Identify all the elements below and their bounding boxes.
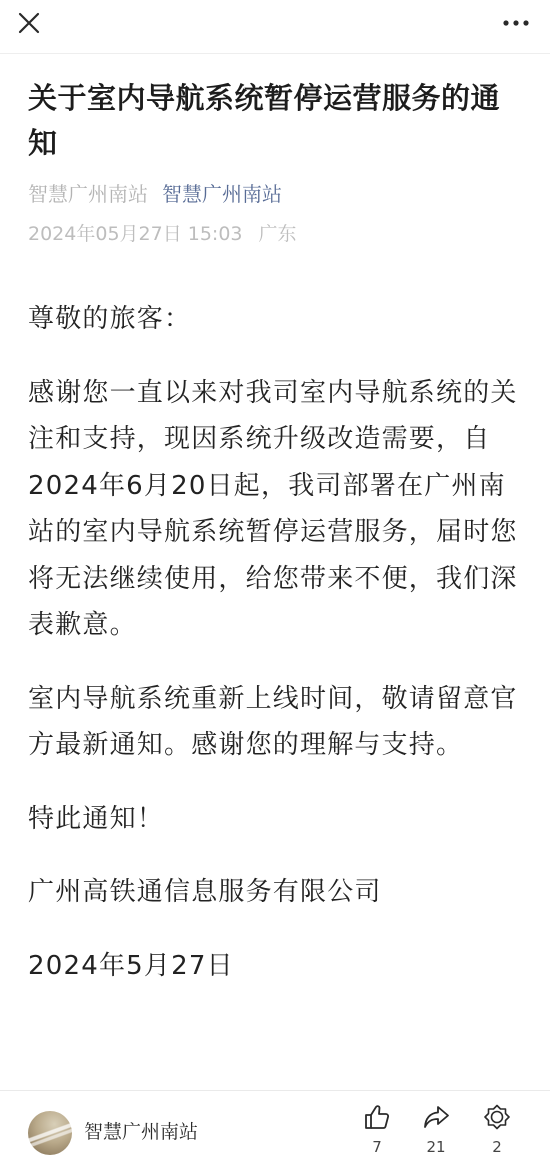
article-page: 关于室内导航系统暂停运营服务的通知 智慧广州南站智慧广州南站 2024年05月2… xyxy=(0,0,550,1170)
account-link[interactable]: 智慧广州南站 xyxy=(162,182,282,206)
paragraph-main: 感谢您一直以来对我司室内导航系统的关注和支持，现因系统升级改造需要，自2024年… xyxy=(28,370,528,649)
thumbs-up-icon xyxy=(363,1103,391,1131)
footer-account-name[interactable]: 智慧广州南站 xyxy=(84,1119,198,1145)
signature-company: 广州高铁通信息服务有限公司 xyxy=(28,869,528,916)
close-button[interactable] xyxy=(12,6,46,40)
more-options-button[interactable] xyxy=(496,8,536,38)
like-button[interactable]: 7 xyxy=(357,1103,397,1163)
article-body: 尊敬的旅客： 感谢您一直以来对我司室内导航系统的关注和支持，现因系统升级改造需要… xyxy=(28,296,528,1016)
like-count: 7 xyxy=(372,1137,382,1157)
close-icon xyxy=(18,12,40,34)
publish-location: 广东 xyxy=(259,223,297,245)
more-horizontal-icon xyxy=(503,19,529,27)
share-count: 21 xyxy=(426,1137,445,1157)
bottom-bar: 智慧广州南站 7 21 2 xyxy=(0,1090,550,1170)
article-meta: 智慧广州南站智慧广州南站 xyxy=(28,180,282,208)
wow-button[interactable]: 2 xyxy=(477,1103,517,1163)
top-bar xyxy=(0,0,550,54)
share-button[interactable]: 21 xyxy=(416,1103,456,1163)
greeting: 尊敬的旅客： xyxy=(28,296,528,343)
article-title: 关于室内导航系统暂停运营服务的通知 xyxy=(28,76,528,166)
signature-date: 2024年5月27日 xyxy=(28,943,528,990)
wow-count: 2 xyxy=(492,1137,502,1157)
article-author: 智慧广州南站 xyxy=(28,182,148,206)
share-icon xyxy=(422,1103,450,1131)
paragraph-relaunch: 室内导航系统重新上线时间，敬请留意官方最新通知。感谢您的理解与支持。 xyxy=(28,676,528,769)
wow-icon xyxy=(483,1103,511,1131)
paragraph-notice: 特此通知！ xyxy=(28,796,528,843)
publish-date: 2024年05月27日 15:03 xyxy=(28,223,243,245)
article-date-row: 2024年05月27日 15:03广东 xyxy=(28,220,297,248)
account-avatar[interactable] xyxy=(28,1111,72,1155)
